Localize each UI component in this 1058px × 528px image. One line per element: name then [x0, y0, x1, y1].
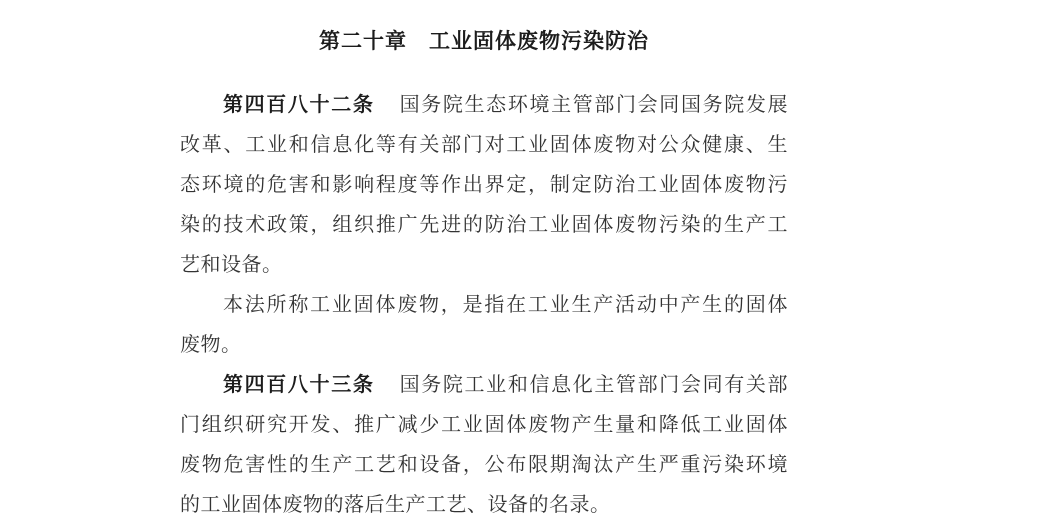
article-483-para-1-line-3: 废物危害性的生产工艺和设备，公布限期淘汰产生严重污染环境 — [180, 445, 788, 485]
document-page: 第二十章工业固体废物污染防治 第四百八十二条国务院生态环境主管部门会同国务院发展… — [0, 0, 1058, 528]
article-482-para-1-line-1: 第四百八十二条国务院生态环境主管部门会同国务院发展 — [180, 85, 788, 125]
chapter-heading: 第二十章工业固体废物污染防治 — [180, 27, 788, 55]
chapter-title: 工业固体废物污染防治 — [429, 29, 649, 53]
article-482-para-1-line-2: 改革、工业和信息化等有关部门对工业固体废物对公众健康、生 — [180, 125, 788, 165]
heading-gap — [407, 47, 429, 48]
article-number-gap — [374, 390, 398, 391]
article-482-para-1-line-5: 艺和设备。 — [180, 245, 788, 285]
article-482-number: 第四百八十二条 — [223, 94, 374, 116]
article-483-para-1-line-2: 门组织研究开发、推广减少工业固体废物产生量和降低工业固体 — [180, 405, 788, 445]
article-number-gap — [374, 110, 398, 111]
article-482-para-2-line-1: 本法所称工业固体废物，是指在工业生产活动中产生的固体 — [180, 285, 788, 325]
chapter-number: 第二十章 — [319, 29, 407, 53]
article-483-number: 第四百八十三条 — [223, 374, 374, 396]
article-483-para-1-line-1: 第四百八十三条国务院工业和信息化主管部门会同有关部 — [180, 365, 788, 405]
article-482-para-2-line-2: 废物。 — [180, 325, 788, 365]
body-line: 国务院生态环境主管部门会同国务院发展 — [398, 94, 788, 116]
article-483-para-1-line-4: 的工业固体废物的落后生产工艺、设备的名录。 — [180, 485, 788, 525]
text-column: 第二十章工业固体废物污染防治 第四百八十二条国务院生态环境主管部门会同国务院发展… — [180, 0, 788, 525]
article-482-para-1-line-3: 态环境的危害和影响程度等作出界定，制定防治工业固体废物污 — [180, 165, 788, 205]
body-line: 国务院工业和信息化主管部门会同有关部 — [398, 374, 788, 396]
article-482-para-1-line-4: 染的技术政策，组织推广先进的防治工业固体废物污染的生产工 — [180, 205, 788, 245]
body-text: 第四百八十二条国务院生态环境主管部门会同国务院发展 改革、工业和信息化等有关部门… — [180, 85, 788, 525]
